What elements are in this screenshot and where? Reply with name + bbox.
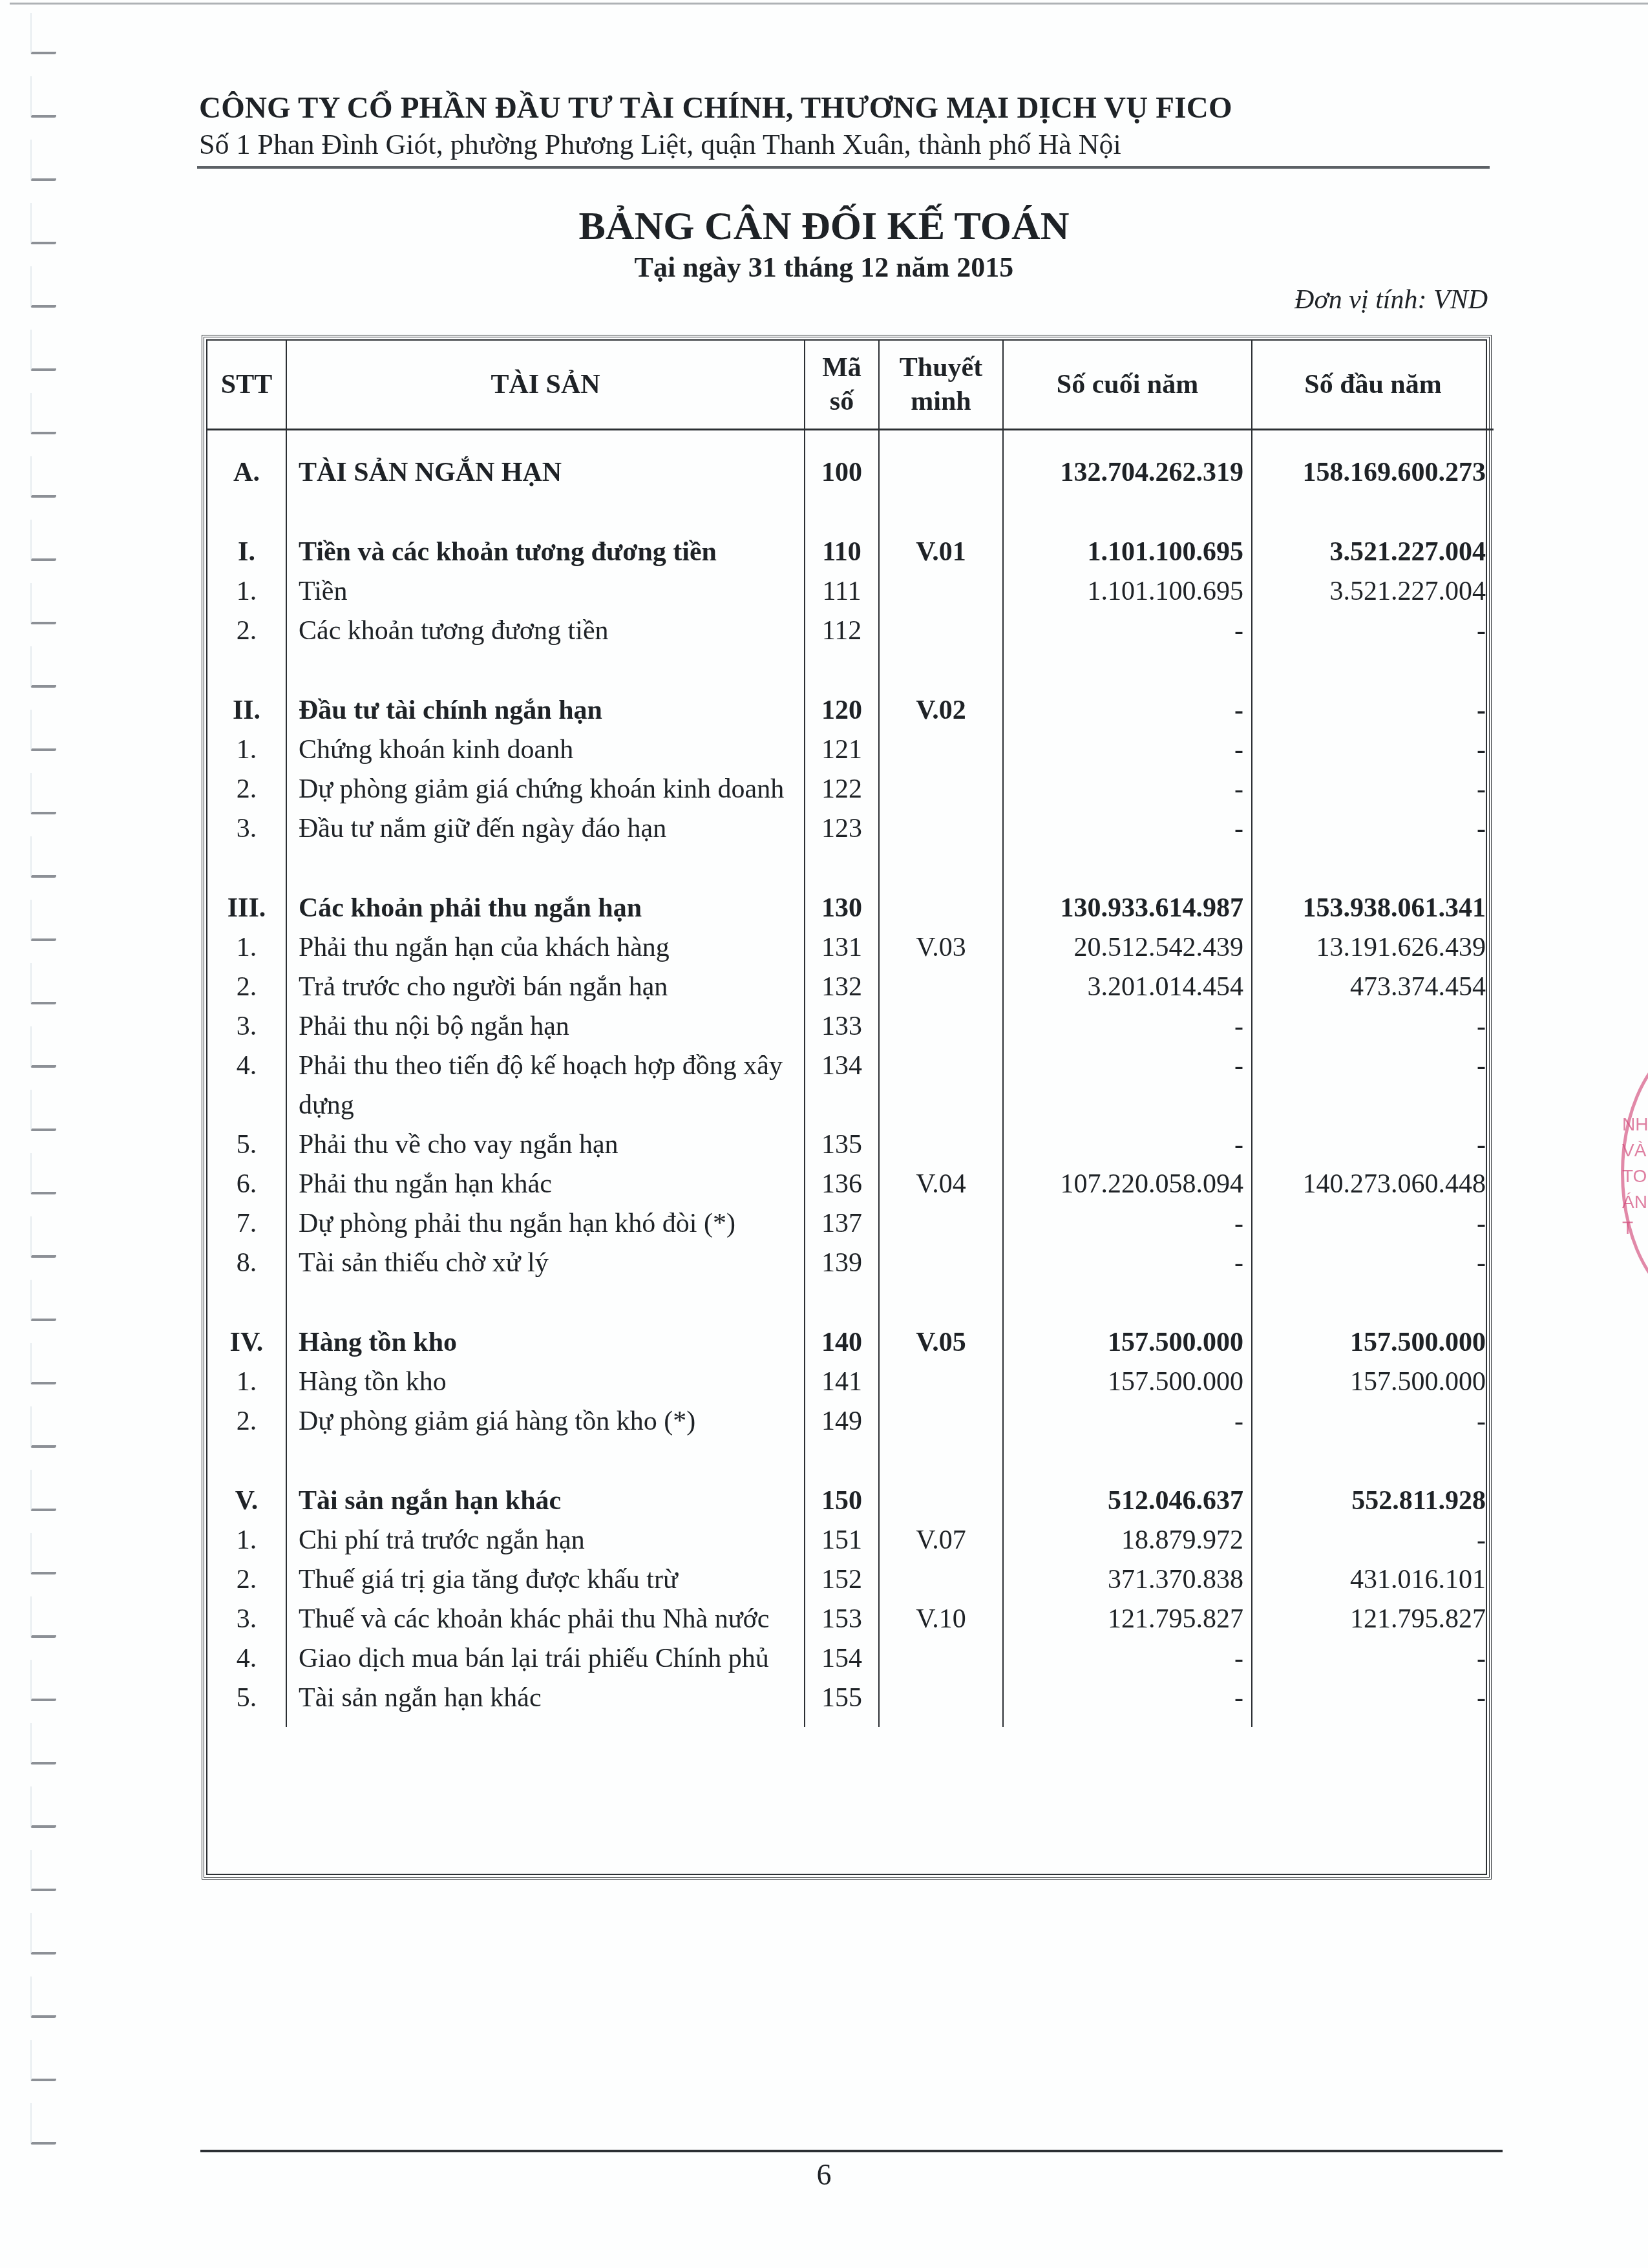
row-beginning-of-year: - (1252, 1402, 1494, 1441)
row-asset-name: Tài sản ngắn hạn khác (286, 1679, 805, 1718)
row-code: 152 (805, 1560, 879, 1600)
row-end-of-year: 157.500.000 (1003, 1362, 1252, 1402)
page-number: 6 (0, 2157, 1648, 2192)
row-code: 120 (805, 691, 879, 730)
footer-divider (200, 2150, 1503, 2152)
row-asset-name: TÀI SẢN NGẮN HẠN (286, 453, 805, 493)
row-end-of-year: 130.933.614.987 (1003, 889, 1252, 928)
row-end-of-year: - (1003, 1007, 1252, 1046)
row-asset-name: Phải thu theo tiến độ kế hoạch hợp đồng … (286, 1046, 805, 1125)
row-end-of-year: - (1003, 1204, 1252, 1244)
row-end-of-year: 18.879.972 (1003, 1521, 1252, 1560)
binding-hole-mark (30, 1723, 56, 1765)
row-code: 112 (805, 611, 879, 651)
binding-hole-mark (30, 76, 56, 118)
table-row: 2.Dự phòng giảm giá hàng tồn kho (*)149-… (207, 1402, 1494, 1441)
row-code: 130 (805, 889, 879, 928)
binding-hole-mark (30, 1660, 56, 1701)
table-section-row: II.Đầu tư tài chính ngắn hạn120V.02-- (207, 691, 1494, 730)
row-asset-name: Tài sản ngắn hạn khác (286, 1481, 805, 1521)
row-code: 134 (805, 1046, 879, 1125)
row-note (879, 1007, 1003, 1046)
row-spacer (207, 430, 1494, 454)
row-end-of-year: 121.795.827 (1003, 1600, 1252, 1639)
row-stt: 2. (207, 611, 286, 651)
row-stt: 2. (207, 968, 286, 1007)
row-spacer (207, 1441, 1494, 1481)
row-code: 139 (805, 1244, 879, 1283)
row-spacer (207, 849, 1494, 889)
binding-hole-mark (30, 1533, 56, 1574)
row-beginning-of-year: - (1252, 1679, 1494, 1718)
row-spacer (207, 1283, 1494, 1323)
row-stt: A. (207, 453, 286, 493)
company-name: CÔNG TY CỔ PHẦN ĐẦU TƯ TÀI CHÍNH, THƯƠNG… (199, 90, 1232, 125)
row-beginning-of-year: - (1252, 691, 1494, 730)
row-stt: 3. (207, 1600, 286, 1639)
row-note (879, 809, 1003, 849)
binding-hole-mark (30, 1850, 56, 1891)
row-stt: 2. (207, 1402, 286, 1441)
row-stt: 1. (207, 1521, 286, 1560)
row-end-of-year: - (1003, 1125, 1252, 1165)
row-code: 149 (805, 1402, 879, 1441)
table-row: 1.Chứng khoán kinh doanh121-- (207, 730, 1494, 770)
row-beginning-of-year: - (1252, 611, 1494, 651)
row-end-of-year: - (1003, 611, 1252, 651)
row-stt: II. (207, 691, 286, 730)
table-row: 3.Phải thu nội bộ ngắn hạn133-- (207, 1007, 1494, 1046)
row-note (879, 1046, 1003, 1125)
col-header-stt: STT (207, 341, 286, 430)
table-row: 3.Đầu tư nắm giữ đến ngày đáo hạn123-- (207, 809, 1494, 849)
binding-hole-mark (30, 1913, 56, 1955)
row-end-of-year: - (1003, 1639, 1252, 1679)
currency-unit: Đơn vị tính: VND (1294, 284, 1488, 315)
row-beginning-of-year: 158.169.600.273 (1252, 453, 1494, 493)
company-address: Số 1 Phan Đình Giót, phường Phương Liệt,… (199, 128, 1121, 161)
row-beginning-of-year: 140.273.060.448 (1252, 1165, 1494, 1204)
row-note (879, 572, 1003, 611)
row-note (879, 1204, 1003, 1244)
binding-hole-mark (30, 456, 56, 498)
row-note (879, 453, 1003, 493)
table-row: 7.Dự phòng phải thu ngắn hạn khó đòi (*)… (207, 1204, 1494, 1244)
row-note (879, 1125, 1003, 1165)
row-note (879, 611, 1003, 651)
row-asset-name: Tài sản thiếu chờ xử lý (286, 1244, 805, 1283)
row-asset-name: Các khoản phải thu ngắn hạn (286, 889, 805, 928)
binding-hole-mark (30, 1406, 56, 1448)
row-code: 133 (805, 1007, 879, 1046)
table-row: 2.Thuế giá trị gia tăng được khấu trừ152… (207, 1560, 1494, 1600)
row-code: 150 (805, 1481, 879, 1521)
table-section-row: IV.Hàng tồn kho140V.05157.500.000157.500… (207, 1323, 1494, 1362)
table-body: A.TÀI SẢN NGẮN HẠN100132.704.262.319158.… (207, 430, 1494, 1728)
row-stt: I. (207, 533, 286, 572)
row-stt: 7. (207, 1204, 286, 1244)
row-asset-name: Đầu tư tài chính ngắn hạn (286, 691, 805, 730)
table-row: 2.Các khoản tương đương tiền112-- (207, 611, 1494, 651)
binding-hole-mark (30, 963, 56, 1004)
binding-hole-mark (30, 393, 56, 434)
row-stt: 2. (207, 1560, 286, 1600)
row-beginning-of-year: 473.374.454 (1252, 968, 1494, 1007)
row-code: 137 (805, 1204, 879, 1244)
row-note (879, 730, 1003, 770)
document-date: Tại ngày 31 tháng 12 năm 2015 (0, 251, 1648, 284)
binding-hole-mark (30, 1216, 56, 1258)
row-asset-name: Chi phí trả trước ngắn hạn (286, 1521, 805, 1560)
row-beginning-of-year: 121.795.827 (1252, 1600, 1494, 1639)
binding-hole-mark (30, 900, 56, 941)
row-note (879, 1560, 1003, 1600)
row-note: V.02 (879, 691, 1003, 730)
row-asset-name: Phải thu nội bộ ngắn hạn (286, 1007, 805, 1046)
table-section-row: A.TÀI SẢN NGẮN HẠN100132.704.262.319158.… (207, 453, 1494, 493)
binding-hole-mark (30, 1343, 56, 1384)
row-beginning-of-year: 3.521.227.004 (1252, 572, 1494, 611)
row-beginning-of-year: 157.500.000 (1252, 1362, 1494, 1402)
row-asset-name: Phải thu ngắn hạn của khách hàng (286, 928, 805, 968)
balance-sheet-table: STT TÀI SẢN Mãsố Thuyếtminh Số cuối năm … (207, 341, 1494, 1727)
row-beginning-of-year: - (1252, 1007, 1494, 1046)
row-beginning-of-year: 431.016.101 (1252, 1560, 1494, 1600)
row-stt: 1. (207, 1362, 286, 1402)
row-end-of-year: 132.704.262.319 (1003, 453, 1252, 493)
row-code: 132 (805, 968, 879, 1007)
row-stt: 5. (207, 1679, 286, 1718)
row-end-of-year: 20.512.542.439 (1003, 928, 1252, 968)
row-end-of-year: - (1003, 809, 1252, 849)
row-code: 110 (805, 533, 879, 572)
row-code: 153 (805, 1600, 879, 1639)
table-row: 4.Giao dịch mua bán lại trái phiếu Chính… (207, 1639, 1494, 1679)
row-asset-name: Phải thu ngắn hạn khác (286, 1165, 805, 1204)
row-beginning-of-year: - (1252, 1125, 1494, 1165)
table-row: 2.Dự phòng giảm giá chứng khoán kinh doa… (207, 770, 1494, 809)
binding-hole-mark (30, 1026, 56, 1068)
row-stt: 1. (207, 572, 286, 611)
row-end-of-year: - (1003, 770, 1252, 809)
row-note: V.01 (879, 533, 1003, 572)
row-spacer (207, 651, 1494, 691)
row-asset-name: Đầu tư nắm giữ đến ngày đáo hạn (286, 809, 805, 849)
table-row: 2.Trả trước cho người bán ngắn hạn1323.2… (207, 968, 1494, 1007)
binding-hole-mark (30, 710, 56, 751)
binding-hole-mark (30, 583, 56, 624)
row-code: 131 (805, 928, 879, 968)
binding-hole-mark (30, 2103, 56, 2145)
row-end-of-year: 371.370.838 (1003, 1560, 1252, 1600)
col-header-end-of-year: Số cuối năm (1003, 341, 1252, 430)
binding-hole-mark (30, 1090, 56, 1131)
row-asset-name: Trả trước cho người bán ngắn hạn (286, 968, 805, 1007)
row-code: 151 (805, 1521, 879, 1560)
row-asset-name: Dự phòng phải thu ngắn hạn khó đòi (*) (286, 1204, 805, 1244)
row-beginning-of-year: - (1252, 1204, 1494, 1244)
row-note (879, 1639, 1003, 1679)
row-beginning-of-year: 3.521.227.004 (1252, 533, 1494, 572)
row-end-of-year: 3.201.014.454 (1003, 968, 1252, 1007)
row-note: V.04 (879, 1165, 1003, 1204)
row-stt: 8. (207, 1244, 286, 1283)
company-seal-stamp: NHIVÀTOÁNT (1621, 1034, 1648, 1306)
binding-hole-mark (30, 646, 56, 688)
row-code: 100 (805, 453, 879, 493)
row-end-of-year: 1.101.100.695 (1003, 572, 1252, 611)
row-stt: IV. (207, 1323, 286, 1362)
row-beginning-of-year: 157.500.000 (1252, 1323, 1494, 1362)
row-asset-name: Tiền (286, 572, 805, 611)
row-spacer (207, 493, 1494, 533)
row-note (879, 1244, 1003, 1283)
row-code: 136 (805, 1165, 879, 1204)
table-row: 1.Hàng tồn kho141157.500.000157.500.000 (207, 1362, 1494, 1402)
row-beginning-of-year: - (1252, 770, 1494, 809)
row-end-of-year: - (1003, 1244, 1252, 1283)
row-note (879, 1481, 1003, 1521)
row-code: 140 (805, 1323, 879, 1362)
page-top-edge (10, 3, 1648, 5)
row-end-of-year: - (1003, 730, 1252, 770)
row-asset-name: Các khoản tương đương tiền (286, 611, 805, 651)
binding-hole-mark (30, 773, 56, 814)
row-code: 111 (805, 572, 879, 611)
binding-hole-mark (30, 836, 56, 878)
row-note: V.03 (879, 928, 1003, 968)
binding-hole-mark (30, 1786, 56, 1828)
col-header-asset: TÀI SẢN (286, 341, 805, 430)
row-end-of-year: 157.500.000 (1003, 1323, 1252, 1362)
row-end-of-year: 107.220.058.094 (1003, 1165, 1252, 1204)
row-end-of-year: 512.046.637 (1003, 1481, 1252, 1521)
row-asset-name: Chứng khoán kinh doanh (286, 730, 805, 770)
row-stt: 1. (207, 730, 286, 770)
binding-hole-mark (30, 1596, 56, 1638)
row-end-of-year: - (1003, 1046, 1252, 1125)
row-asset-name: Hàng tồn kho (286, 1362, 805, 1402)
row-stt: III. (207, 889, 286, 928)
table-row: 1.Tiền1111.101.100.6953.521.227.004 (207, 572, 1494, 611)
row-beginning-of-year: - (1252, 809, 1494, 849)
row-beginning-of-year: - (1252, 1244, 1494, 1283)
row-asset-name: Thuế và các khoản khác phải thu Nhà nước (286, 1600, 805, 1639)
col-header-beginning-of-year: Số đầu năm (1252, 341, 1494, 430)
binding-hole-mark (30, 2040, 56, 2081)
binding-hole-mark (30, 520, 56, 561)
binding-hole-mark (30, 13, 56, 54)
row-beginning-of-year: - (1252, 1521, 1494, 1560)
col-header-note: Thuyếtminh (879, 341, 1003, 430)
col-header-code: Mãsố (805, 341, 879, 430)
row-stt: 3. (207, 809, 286, 849)
binding-hole-mark (30, 1153, 56, 1194)
balance-sheet-table-frame: STT TÀI SẢN Mãsố Thuyếtminh Số cuối năm … (202, 335, 1492, 1880)
row-beginning-of-year: 13.191.626.439 (1252, 928, 1494, 968)
table-row: 6.Phải thu ngắn hạn khác136V.04107.220.0… (207, 1165, 1494, 1204)
row-stt: 6. (207, 1165, 286, 1204)
header-divider (197, 166, 1490, 169)
row-code: 135 (805, 1125, 879, 1165)
row-stt: 3. (207, 1007, 286, 1046)
binding-hole-mark (30, 140, 56, 181)
row-code: 141 (805, 1362, 879, 1402)
table-section-row: I.Tiền và các khoản tương đương tiền110V… (207, 533, 1494, 572)
row-stt: 4. (207, 1639, 286, 1679)
row-end-of-year: - (1003, 1402, 1252, 1441)
row-asset-name: Tiền và các khoản tương đương tiền (286, 533, 805, 572)
table-row: 1.Chi phí trả trước ngắn hạn151V.0718.87… (207, 1521, 1494, 1560)
binding-hole-mark (30, 1977, 56, 2018)
row-stt: 1. (207, 928, 286, 968)
row-note (879, 770, 1003, 809)
row-code: 155 (805, 1679, 879, 1718)
row-note (879, 1679, 1003, 1718)
row-beginning-of-year: 552.811.928 (1252, 1481, 1494, 1521)
row-note (879, 889, 1003, 928)
row-code: 122 (805, 770, 879, 809)
row-asset-name: Phải thu về cho vay ngắn hạn (286, 1125, 805, 1165)
row-asset-name: Hàng tồn kho (286, 1323, 805, 1362)
seal-text-fragment: NHIVÀTOÁNT (1622, 1112, 1648, 1241)
row-end-of-year: 1.101.100.695 (1003, 533, 1252, 572)
row-stt: 5. (207, 1125, 286, 1165)
row-code: 121 (805, 730, 879, 770)
row-note: V.10 (879, 1600, 1003, 1639)
binding-hole-mark (30, 1470, 56, 1511)
row-spacer (207, 1718, 1494, 1727)
row-stt: 4. (207, 1046, 286, 1125)
table-section-row: V.Tài sản ngắn hạn khác150512.046.637552… (207, 1481, 1494, 1521)
table-header-row: STT TÀI SẢN Mãsố Thuyếtminh Số cuối năm … (207, 341, 1494, 430)
binding-hole-mark (30, 330, 56, 371)
row-end-of-year: - (1003, 691, 1252, 730)
table-row: 5.Tài sản ngắn hạn khác155-- (207, 1679, 1494, 1718)
row-asset-name: Thuế giá trị gia tăng được khấu trừ (286, 1560, 805, 1600)
document-title: BẢNG CÂN ĐỐI KẾ TOÁN (0, 204, 1648, 249)
binding-hole-mark (30, 1280, 56, 1321)
row-asset-name: Dự phòng giảm giá hàng tồn kho (*) (286, 1402, 805, 1441)
row-code: 123 (805, 809, 879, 849)
table-row: 5.Phải thu về cho vay ngắn hạn135-- (207, 1125, 1494, 1165)
row-note (879, 1402, 1003, 1441)
row-note (879, 968, 1003, 1007)
row-note: V.05 (879, 1323, 1003, 1362)
table-row: 8.Tài sản thiếu chờ xử lý139-- (207, 1244, 1494, 1283)
row-beginning-of-year: - (1252, 1046, 1494, 1125)
row-beginning-of-year: 153.938.061.341 (1252, 889, 1494, 928)
row-end-of-year: - (1003, 1679, 1252, 1718)
row-asset-name: Dự phòng giảm giá chứng khoán kinh doanh (286, 770, 805, 809)
row-stt: V. (207, 1481, 286, 1521)
row-note (879, 1362, 1003, 1402)
table-section-row: III.Các khoản phải thu ngắn hạn130130.93… (207, 889, 1494, 928)
row-beginning-of-year: - (1252, 730, 1494, 770)
table-row: 3.Thuế và các khoản khác phải thu Nhà nư… (207, 1600, 1494, 1639)
row-stt: 2. (207, 770, 286, 809)
row-code: 154 (805, 1639, 879, 1679)
table-row: 1.Phải thu ngắn hạn của khách hàng131V.0… (207, 928, 1494, 968)
row-asset-name: Giao dịch mua bán lại trái phiếu Chính p… (286, 1639, 805, 1679)
table-row: 4.Phải thu theo tiến độ kế hoạch hợp đồn… (207, 1046, 1494, 1125)
row-note: V.07 (879, 1521, 1003, 1560)
row-beginning-of-year: - (1252, 1639, 1494, 1679)
